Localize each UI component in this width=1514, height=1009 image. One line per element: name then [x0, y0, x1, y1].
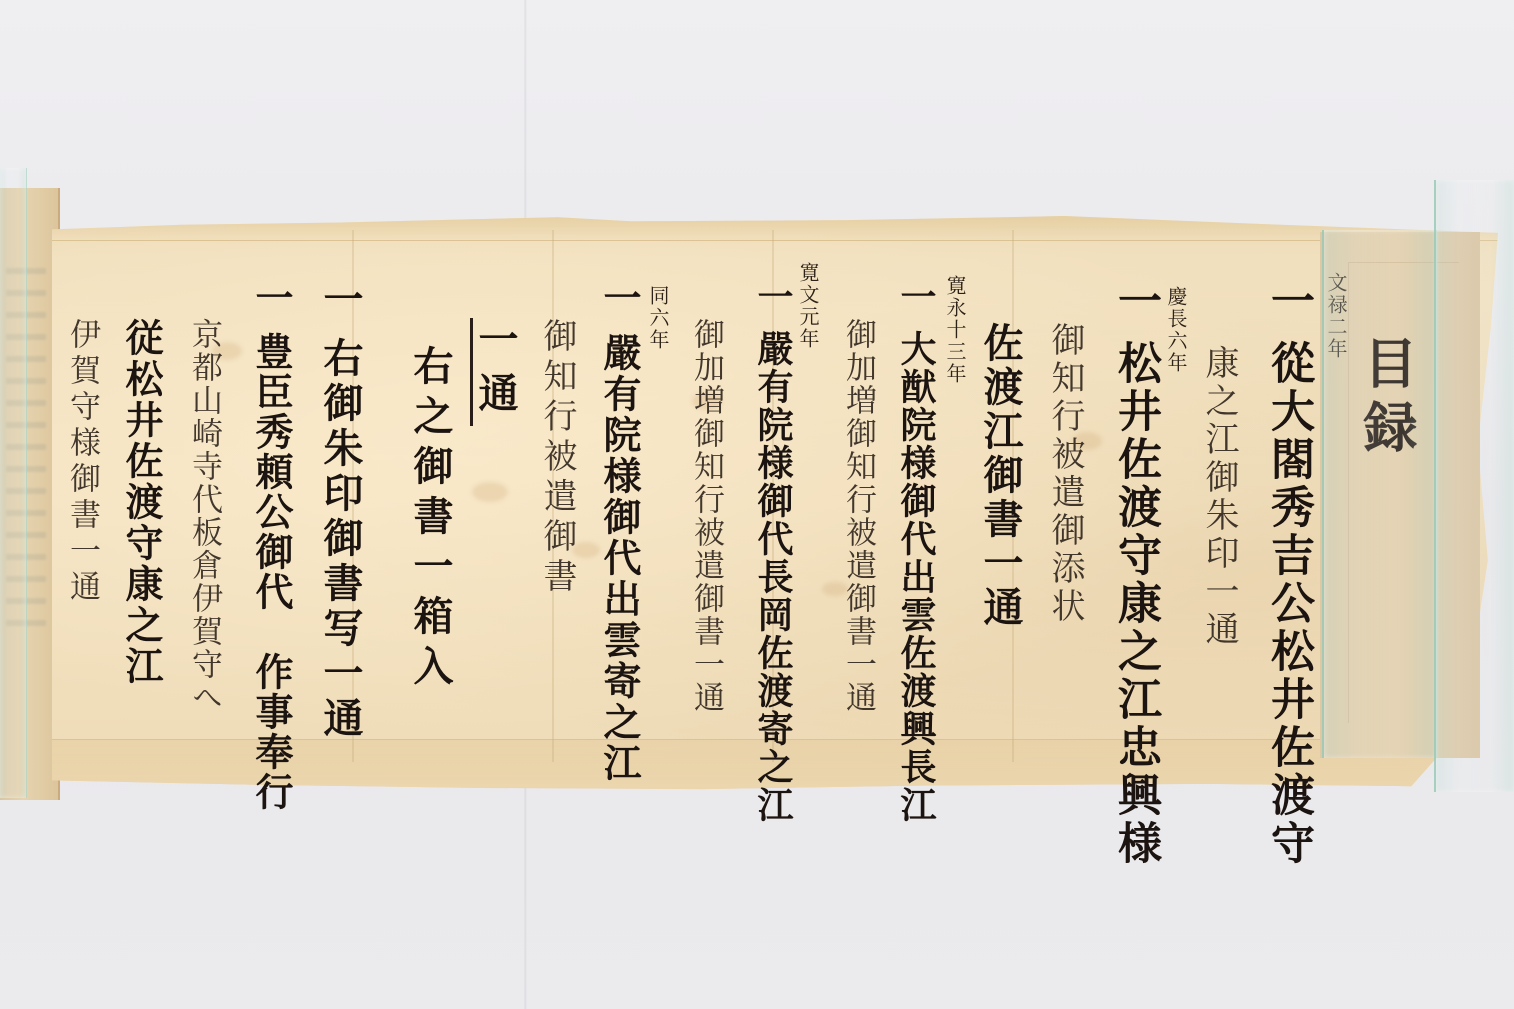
entry-7-line-2: 京都山崎寺代板倉伊賀守へ [188, 318, 219, 714]
paper-top-edge [52, 212, 1498, 241]
entry-text: 嚴有院様御代出雲寄之江 [597, 333, 642, 784]
glass-weight-right-outer [1434, 180, 1514, 792]
entry-2-line-3: 佐渡江御書一通 [980, 322, 1020, 630]
entry-2-line-2: 御知行被遣御添状 [1048, 322, 1082, 626]
entry-7-line-3: 従松井佐渡守康之江 [122, 318, 160, 687]
item-mark: 一 [320, 278, 360, 323]
entry-5-line-2: 御知行被遣御書 [540, 318, 574, 598]
glass-weight-right-inner [1322, 230, 1437, 758]
entry-7-line-1: 一豊臣秀頼公御代 作事奉行 [252, 278, 290, 812]
box-note: 右之御書一箱入 [410, 345, 450, 695]
date-note-kanbun: 寛文元年 [798, 262, 818, 350]
entry-6-line-1: 一右御朱印御書写一通 [320, 278, 360, 742]
entry-2-line-1: 一松井佐渡守康之江忠興様 [1113, 278, 1157, 868]
entry-4-line-1: 一嚴有院様御代長岡佐渡寄之江 [755, 278, 791, 824]
date-note-keicho: 慶長六年 [1166, 286, 1186, 374]
photo-stage: 目録 文禄二年 一從大閤秀吉公松井佐渡守 康之江御朱印一通 慶長六年 一松井佐渡… [0, 0, 1514, 1009]
entry-1-line-1: 一從大閤秀吉公松井佐渡守 [1266, 278, 1310, 868]
item-mark: 一 [898, 278, 934, 316]
entry-5-line-1: 一嚴有院様御代出雲寄之江 [600, 278, 638, 784]
item-mark: 一 [252, 278, 290, 318]
entry-4-line-2: 御加増御知行被遣御書一通 [690, 318, 721, 714]
entry-3-line-2: 御加増御知行被遣御書一通 [842, 318, 873, 714]
entry-1-line-2: 康之江御朱印一通 [1202, 345, 1236, 649]
item-mark: 一 [600, 278, 638, 319]
entry-text: 嚴有院様御代長岡佐渡寄之江 [752, 330, 794, 824]
date-note-kanei: 寛永十三年 [945, 275, 965, 385]
paper-stain [472, 482, 508, 502]
date-note-dou-rokunen: 同六年 [648, 285, 668, 351]
entry-text: 豊臣秀頼公御代 作事奉行 [249, 332, 294, 812]
item-mark: 一 [1113, 278, 1157, 326]
entry-text: 右御朱印御書写一通 [317, 337, 364, 742]
entry-text: 松井佐渡守康之江忠興様 [1110, 340, 1161, 868]
entry-7-line-4: 伊賀守様御書一通 [66, 318, 97, 606]
item-mark: 一 [755, 278, 791, 316]
entry-5-line-3: 一通 [470, 318, 515, 426]
entry-text: 大猷院様御代出雲佐渡興長江 [895, 330, 937, 824]
entry-text: 從大閤秀吉公松井佐渡守 [1263, 340, 1314, 868]
item-mark: 一 [1266, 278, 1310, 326]
entry-3-line-1: 一大猷院様御代出雲佐渡興長江 [898, 278, 934, 824]
glass-weight-left [0, 168, 27, 798]
